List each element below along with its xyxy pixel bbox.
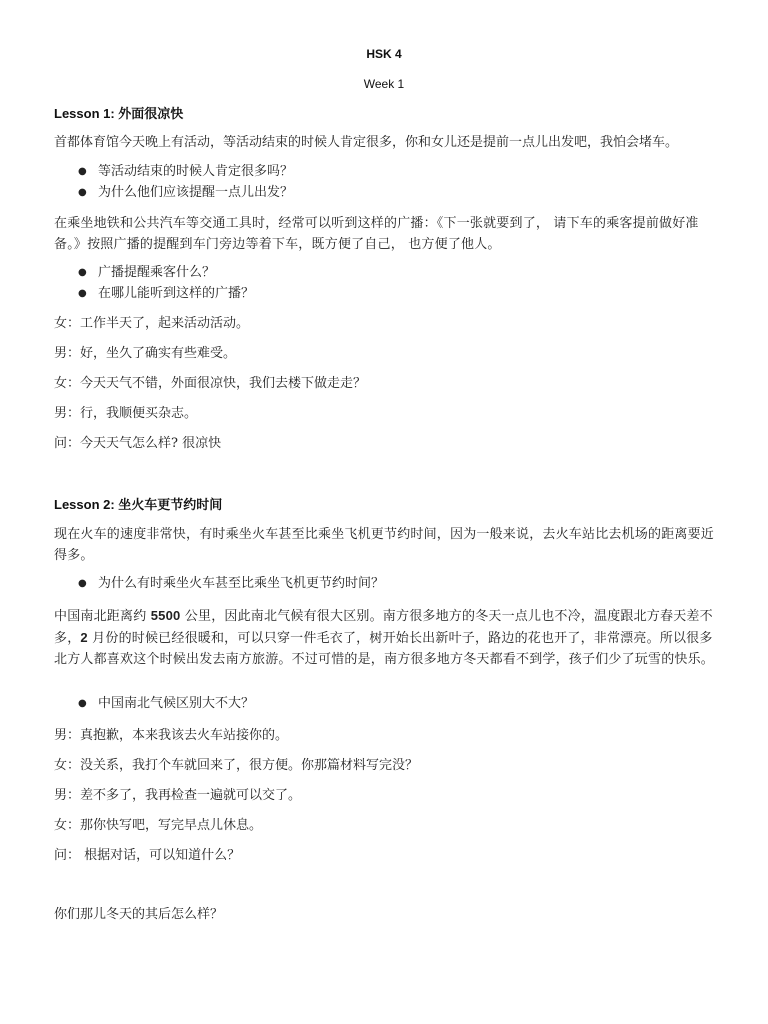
bullet-icon: ●	[78, 184, 98, 202]
lesson-1-paragraph-2: 在乘坐地铁和公共汽车等交通工具时，经常可以听到这样的广播：《下一张就要到了， 请…	[54, 213, 718, 255]
bullet-text: 广播提醒乘客什么？	[98, 265, 215, 280]
dialogue-line: 男：好，坐久了确实有些难受。	[54, 345, 236, 363]
dialogue-line: 女：今天天气不错，外面很凉快，我们去楼下做走走？	[54, 375, 366, 393]
dialogue-line: 男：真抱歉，本来我该去火车站接你的。	[54, 727, 288, 745]
lesson-1-paragraph-1: 首都体育馆今天晚上有活动，等活动结束的时候人肯定很多，你和女儿还是提前一点儿出发…	[54, 134, 678, 152]
bullet-text: 中国南北气候区别大不大？	[98, 696, 254, 711]
month-number: 2	[80, 630, 87, 645]
bullet-text: 等活动结束的时候人肯定很多吗？	[98, 164, 293, 179]
bullet-icon: ●	[78, 695, 98, 713]
document-page: HSK 4 Week 1 Lesson 1: 外面很凉快 首都体育馆今天晚上有活…	[0, 0, 768, 1024]
dialogue-question: 问： 根据对话，可以知道什么？	[54, 847, 240, 865]
dialogue-line: 女：那你快写吧，写完早点儿休息。	[54, 817, 262, 835]
bullet-text: 在哪儿能听到这样的广播？	[98, 286, 254, 301]
lesson-2-bullet-1: ●为什么有时乘坐火车甚至比乘坐飞机更节约时间？	[78, 575, 384, 593]
distance-number: 5500	[151, 608, 181, 623]
lesson-1-bullet-4: ●在哪儿能听到这样的广播？	[78, 285, 254, 303]
lesson-2-heading: Lesson 2: 坐火车更节约时间	[54, 496, 222, 514]
dialogue-line: 女：没关系，我打个车就回来了，很方便。你那篇材料写完没？	[54, 757, 418, 775]
paragraph-text: 月份的时候已经很暖和，可以只穿一件毛衣了，树开始长出新叶子，路边的花也开了，非常…	[54, 631, 714, 667]
lesson-2-paragraph-2: 中国南北距离约 5500 公里，因此南北气候有很大区别。南方很多地方的冬天一点儿…	[54, 605, 718, 670]
dialogue-line: 男：行，我顺便买杂志。	[54, 405, 197, 423]
lesson-1-bullet-2: ●为什么他们应该提醒一点儿出发？	[78, 184, 293, 202]
paragraph-text: 中国南北距离约	[54, 609, 151, 624]
dialogue-line: 男：差不多了，我再检查一遍就可以交了。	[54, 787, 301, 805]
lesson-2-final-question: 你们那儿冬天的其后怎么样？	[54, 906, 223, 924]
dialogue-line: 女：工作半天了，起来活动活动。	[54, 315, 249, 333]
document-subtitle: Week 1	[0, 75, 768, 93]
document-title: HSK 4	[0, 45, 768, 63]
lesson-2-bullet-2: ●中国南北气候区别大不大？	[78, 695, 254, 713]
lesson-2-paragraph-1: 现在火车的速度非常快，有时乘坐火车甚至比乘坐飞机更节约时间，因为一般来说，去火车…	[54, 524, 718, 566]
lesson-1-bullet-1: ●等活动结束的时候人肯定很多吗？	[78, 163, 293, 181]
bullet-icon: ●	[78, 163, 98, 181]
bullet-icon: ●	[78, 285, 98, 303]
lesson-1-bullet-3: ●广播提醒乘客什么？	[78, 264, 215, 282]
lesson-1-heading: Lesson 1: 外面很凉快	[54, 105, 183, 123]
bullet-icon: ●	[78, 264, 98, 282]
dialogue-question: 问：今天天气怎么样? 很凉快	[54, 435, 221, 453]
bullet-text: 为什么他们应该提醒一点儿出发？	[98, 185, 293, 200]
bullet-text: 为什么有时乘坐火车甚至比乘坐飞机更节约时间？	[98, 576, 384, 591]
bullet-icon: ●	[78, 575, 98, 593]
